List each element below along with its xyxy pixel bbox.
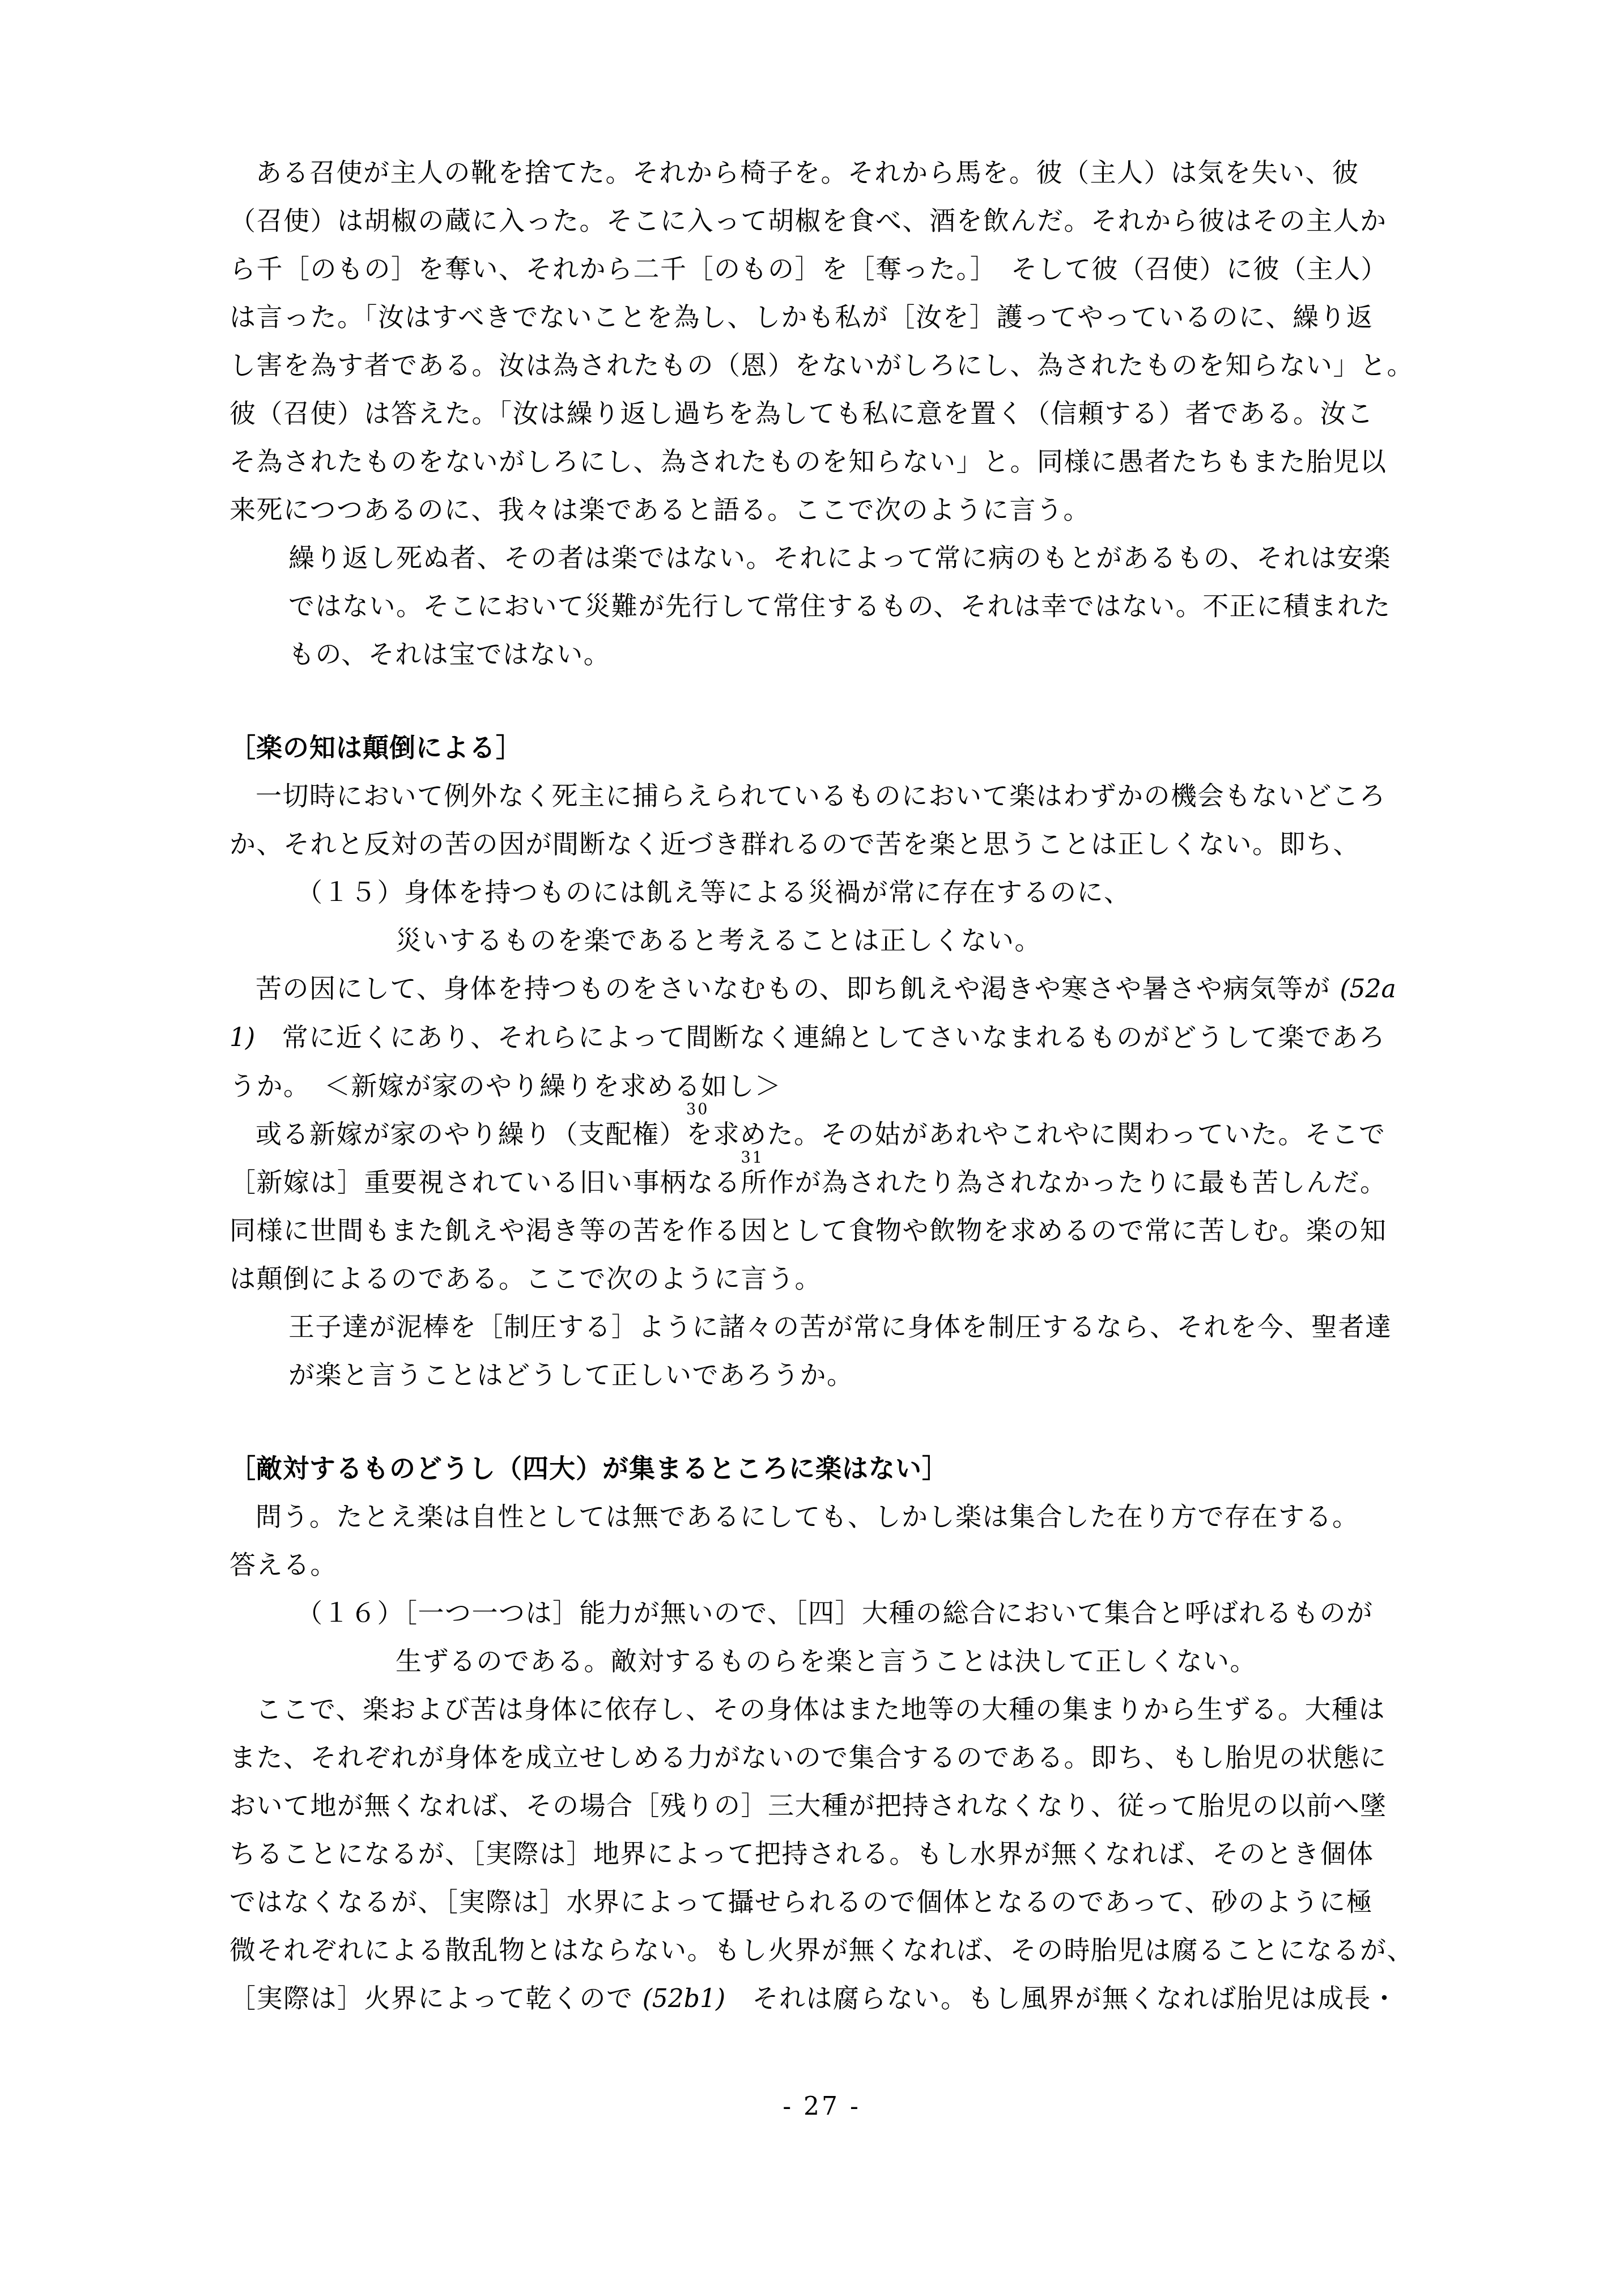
text-segment: ［新嫁は］重要視されている旧い事柄なる — [229, 1167, 741, 1197]
text-line: 生ずるのである。敵対するものらを楽と言うことは決して正しくない。 — [229, 1637, 1414, 1685]
text-segment: 繰り返し死ぬ者、その者は楽ではない。それによって常に病のもとがあるもの、それは安… — [288, 542, 1391, 573]
text-line: か、それと反対の苦の因が間断なく近づき群れるので苦を楽と思うことは正しくない。即… — [229, 820, 1414, 868]
text-segment: ［実際は］火界によって乾くので — [229, 1983, 643, 2013]
text-line: もの、それは宝ではない。 — [229, 630, 1414, 678]
text-line: （１６）［一つ一つは］能力が無いので、［四］大種の総合において集合と呼ばれるもの… — [229, 1589, 1414, 1637]
text-line: 来死につつあるのに、我々は楽であると語る。ここで次のように言う。 — [229, 486, 1414, 534]
text-line: が楽と言うことはどうして正しいであろうか。 — [229, 1351, 1414, 1399]
text-segment: （召使）は胡椒の蔵に入った。そこに入って胡椒を食べ、酒を飲んだ。それから彼はその… — [229, 205, 1387, 236]
text-segment: 答える。 — [229, 1549, 337, 1580]
text-line: 彼（召使）は答えた。「汝は繰り返し過ちを為しても私に意を置く（信頼する）者である… — [229, 389, 1414, 437]
document-page: ある召使が主人の靴を捨てた。それから椅子を。それから馬を。彼（主人）は気を失い、… — [0, 0, 1624, 2296]
text-line: 微それぞれによる散乱物とはならない。もし火界が無くなれば、その時胎児は腐ることに… — [229, 1926, 1414, 1974]
text-segment: 苦の因にして、身体を持つものをさいなむもの、即ち飢えや渇きや寒さや暑さや病気等が — [256, 973, 1340, 1004]
text-line: 王子達が泥棒を［制圧する］ように諸々の苦が常に身体を制圧するなら、それを今、聖者… — [229, 1303, 1414, 1351]
text-segment: が楽と言うことはどうして正しいであろうか。 — [288, 1359, 854, 1390]
text-line: 災いするものを楽であると考えることは正しくない。 — [229, 916, 1414, 964]
text-segment: か、それと反対の苦の因が間断なく近づき群れるので苦を楽と思うことは正しくない。即… — [229, 828, 1360, 859]
text-segment: もの、それは宝ではない。 — [288, 639, 610, 669]
text-line: ［新嫁は］重要視されている旧い事柄なる31所作が為されたり為されなかったりに最も… — [229, 1158, 1414, 1206]
text-line: （召使）は胡椒の蔵に入った。そこに入って胡椒を食べ、酒を飲んだ。それから彼はその… — [229, 197, 1414, 245]
page-number: - 27 - — [229, 2092, 1414, 2121]
text-line: ある召使が主人の靴を捨てた。それから椅子を。それから馬を。彼（主人）は気を失い、… — [229, 148, 1414, 197]
text-line: ［実際は］火界によって乾くので (52b1) それは腐らない。もし風界が無くなれ… — [229, 1974, 1414, 2023]
text-segment: 所作が為されたり為されなかったりに最も苦しんだ。 — [741, 1167, 1387, 1197]
text-line: 答える。 — [229, 1541, 1414, 1589]
text-segment: 彼（召使）は答えた。「汝は繰り返し過ちを為しても私に意を置く（信頼する）者である… — [229, 398, 1374, 428]
text-line: おいて地が無くなれば、その場合［残りの］三大種が把持されなくなり、従って胎児の以… — [229, 1781, 1414, 1830]
text-line: 問う。たとえ楽は自性としては無であるにしても、しかし楽は集合した在り方で存在する… — [229, 1493, 1414, 1541]
text-line: 苦の因にして、身体を持つものをさいなむもの、即ち飢えや渇きや寒さや暑さや病気等が… — [229, 964, 1414, 1013]
text-segment: ［楽の知は顛倒による］ — [229, 732, 522, 763]
text-segment: 一切時において例外なく死主に捕らえられているものにおいて楽はわずかの機会もないど… — [256, 780, 1386, 811]
text-line: 同様に世間もまた飢えや渇き等の苦を作る因として食物や飲物を求めるので常に苦しむ。… — [229, 1206, 1414, 1255]
text-line: ここで、楽および苦は身体に依存し、その身体はまた地等の大種の集まりから生ずる。大… — [229, 1685, 1414, 1733]
folio-marker: (52a — [1340, 975, 1396, 1004]
text-segment: ［敵対するものどうし（四大）が集まるところに楽はない］ — [229, 1453, 949, 1483]
text-segment: 王子達が泥棒を［制圧する］ように諸々の苦が常に身体を制圧するなら、それを今、聖者… — [288, 1311, 1392, 1342]
text-line: ちることになるが、［実際は］地界によって把持される。もし水界が無くなれば、そのと… — [229, 1830, 1414, 1878]
text-segment: は顛倒によるのである。ここで次のように言う。 — [229, 1263, 822, 1294]
text-line: ではない。そこにおいて災難が先行して常住するもの、それは幸ではない。不正に積まれ… — [229, 582, 1414, 630]
section-heading: ［敵対するものどうし（四大）が集まるところに楽はない］ — [229, 1444, 1414, 1493]
text-segment: 生ずるのである。敵対するものらを楽と言うことは決して正しくない。 — [396, 1646, 1257, 1676]
text-segment: 災いするものを楽であると考えることは正しくない。 — [396, 925, 1041, 955]
text-line: うか。 ＜新嫁が家のやり繰りを求める如し＞ — [229, 1062, 1414, 1110]
text-line: は顛倒によるのである。ここで次のように言う。 — [229, 1255, 1414, 1303]
folio-marker: 1) — [229, 1023, 255, 1052]
text-segment: ではない。そこにおいて災難が先行して常住するもの、それは幸ではない。不正に積まれ… — [288, 590, 1391, 621]
text-segment: ある召使が主人の靴を捨てた。それから椅子を。それから馬を。彼（主人）は気を失い、… — [256, 157, 1359, 188]
text-segment: 来死につつあるのに、我々は楽であると語る。ここで次のように言う。 — [229, 494, 1090, 525]
text-segment: おいて地が無くなれば、その場合［残りの］三大種が把持されなくなり、従って胎児の以… — [229, 1790, 1387, 1821]
text-segment: 微それぞれによる散乱物とはならない。もし火界が無くなれば、その時胎児は腐ることに… — [229, 1934, 1414, 1965]
text-segment: 同様に世間もまた飢えや渇き等の苦を作る因として食物や飲物を求めるので常に苦しむ。… — [229, 1215, 1387, 1245]
text-line: 繰り返し死ぬ者、その者は楽ではない。それによって常に病のもとがあるもの、それは安… — [229, 534, 1414, 582]
text-segment: 常に近くにあり、それらによって間断なく連綿としてさいなまれるものがどうして楽であ… — [255, 1022, 1385, 1052]
text-segment: そ為されたものをないがしろにし、為されたものを知らない」と。同様に愚者たちもまた… — [229, 446, 1387, 477]
text-line: （１５）身体を持つものには飢え等による災禍が常に存在するのに、 — [229, 868, 1414, 916]
section-heading: ［楽の知は顛倒による］ — [229, 724, 1414, 772]
text-line: また、それぞれが身体を成立せしめる力がないので集合するのである。即ち、もし胎児の… — [229, 1733, 1414, 1781]
text-segment: ちることになるが、［実際は］地界によって把持される。もし水界が無くなれば、そのと… — [229, 1838, 1374, 1869]
text-line: 一切時において例外なく死主に捕らえられているものにおいて楽はわずかの機会もないど… — [229, 772, 1414, 820]
text-segment: また、それぞれが身体を成立せしめる力がないので集合するのである。即ち、もし胎児の… — [229, 1742, 1387, 1772]
text-segment: うか。 ＜新嫁が家のやり繰りを求める如し＞ — [229, 1070, 782, 1101]
text-segment: （１６）［一つ一つは］能力が無いので、［四］大種の総合において集合と呼ばれるもの… — [296, 1597, 1374, 1628]
text-segment: ではなくなるが、［実際は］水界によって攝せられるので個体となるのであって、砂のよ… — [229, 1886, 1373, 1917]
text-segment: は言った。「汝はすべきでないことを為し、しかも私が［汝を］護ってやっているのに、… — [229, 301, 1374, 332]
text-line: し害を為す者である。汝は為されたもの（恩）をないがしろにし、為されたものを知らな… — [229, 341, 1414, 389]
text-line: そ為されたものをないがしろにし、為されたものを知らない」と。同様に愚者たちもまた… — [229, 437, 1414, 486]
text-segment: 問う。たとえ楽は自性としては無であるにしても、しかし楽は集合した在り方で存在する… — [256, 1501, 1359, 1532]
text-segment: し害を為す者である。汝は為されたもの（恩）をないがしろにし、為されたものを知らな… — [229, 350, 1414, 380]
text-segment: ここで、楽および苦は身体に依存し、その身体はまた地等の大種の集まりから生ずる。大… — [256, 1694, 1385, 1724]
text-segment: それは腐らない。もし風界が無くなれば胎児は成長・ — [725, 1983, 1398, 2013]
text-segment: ら千［のもの］を奪い、それから二千［のもの］を［奪った。］ そして彼（召使）に彼… — [229, 253, 1388, 284]
folio-marker: (52b1) — [643, 1984, 725, 2013]
text-line: は言った。「汝はすべきでないことを為し、しかも私が［汝を］護ってやっているのに、… — [229, 293, 1414, 341]
text-segment: （１５）身体を持つものには飢え等による災禍が常に存在するのに、 — [296, 877, 1131, 907]
text-segment: 或る新嫁が家のやり繰り（支配権） — [256, 1119, 686, 1149]
text-line: 1) 常に近くにあり、それらによって間断なく連綿としてさいなまれるものがどうして… — [229, 1013, 1414, 1062]
text-line: 或る新嫁が家のやり繰り（支配権）30を求めた。その姑があれやこれやに関わっていた… — [229, 1110, 1414, 1158]
text-segment: を求めた。その姑があれやこれやに関わっていた。そこで — [686, 1119, 1386, 1149]
text-line: ら千［のもの］を奪い、それから二千［のもの］を［奪った。］ そして彼（召使）に彼… — [229, 245, 1414, 293]
text-line: ではなくなるが、［実際は］水界によって攝せられるので個体となるのであって、砂のよ… — [229, 1878, 1414, 1926]
text-block: ある召使が主人の靴を捨てた。それから椅子を。それから馬を。彼（主人）は気を失い、… — [229, 148, 1414, 2023]
